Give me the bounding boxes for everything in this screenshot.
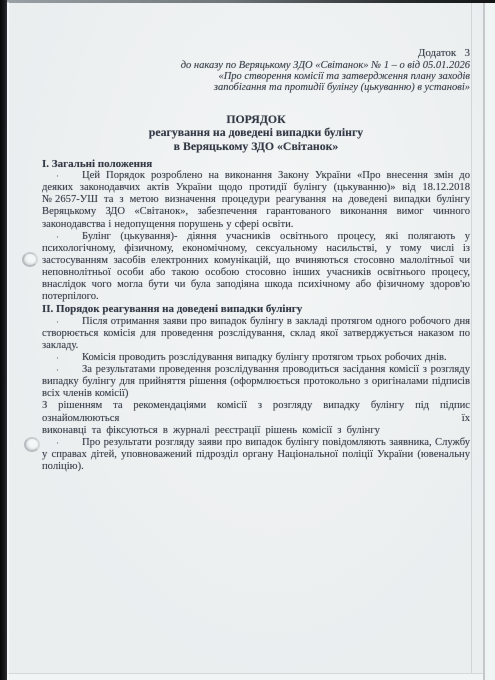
paragraph-text: Цей Порядок розроблено на виконання Зако…: [42, 170, 470, 230]
paragraph-text: Комісія проводить розслідування випадку …: [82, 352, 447, 363]
page-fold-line: [471, 3, 472, 680]
paragraph-text: Про результати розгляду заяви про випадо…: [42, 437, 470, 472]
paragraph-text: Булінг (цькування)- діяння учасників осв…: [42, 231, 470, 303]
annex-header: Додаток 3 до наказу по Веряцькому ЗДО «С…: [42, 47, 470, 94]
page-right-edge: [483, 3, 495, 680]
title-line-3: в Веряцькому ЗДО «Світанок»: [42, 140, 470, 153]
page-bottom-edge: [7, 673, 483, 680]
scan-left-black-edge: [0, 0, 7, 680]
page-left-edge-highlight: [7, 2, 9, 680]
title-line-2: реагування на доведені випадки булінгу: [42, 126, 470, 139]
document-title: ПОРЯДОК реагування на доведені випадки б…: [42, 113, 470, 153]
annex-order-title-line2: запобігання та протидії булінгу (цькуван…: [42, 83, 470, 94]
annex-number: Додаток 3: [42, 47, 470, 59]
decision-line-3: виконавці та фіксуються в журналі реєстр…: [42, 425, 470, 437]
section-2-paragraph-5: · Про результати розгляду заяви про випа…: [42, 437, 470, 473]
paragraph-text: За результатами проведення розслідування…: [42, 364, 470, 399]
section-2-paragraph-3: · За результатами проведення розслідуван…: [42, 364, 470, 400]
document-body: Додаток 3 до наказу по Веряцькому ЗДО «С…: [42, 47, 470, 473]
scanned-page: Додаток 3 до наказу по Веряцькому ЗДО «С…: [0, 0, 495, 680]
section-2-paragraph-4: З рішенням та рекомендаціями комісії з р…: [42, 400, 470, 436]
decision-line-2: ознайомлюються їх: [42, 413, 470, 425]
section-2-heading: ІІ. Порядок реагування на доведені випад…: [42, 303, 470, 315]
scan-top-edge: [7, 0, 495, 3]
decision-line-2-left: ознайомлюються: [42, 413, 119, 425]
section-1-paragraph-1: · Цей Порядок розроблено на виконання За…: [42, 170, 470, 231]
title-line-1: ПОРЯДОК: [42, 113, 470, 126]
hole-punch-bottom: [24, 437, 40, 452]
paragraph-bullet-mark: ·: [56, 437, 59, 449]
decision-line-2-right: їх: [462, 413, 470, 425]
hole-punch-top: [22, 252, 38, 267]
paragraph-bullet-mark: ·: [56, 231, 59, 243]
section-1-paragraph-2: · Булінг (цькування)- діяння учасників о…: [42, 231, 470, 304]
section-2-paragraph-1: · Після отримання заяви про випадок булі…: [42, 316, 470, 352]
paragraph-bullet-mark: ·: [56, 364, 59, 376]
decision-line-1: З рішенням та рекомендаціями комісії з р…: [42, 400, 470, 412]
section-1-heading: І. Загальні положення: [42, 158, 470, 170]
paragraph-text: Після отримання заяви про випадок булінг…: [42, 316, 470, 351]
paragraph-bullet-mark: ·: [56, 316, 59, 328]
paragraph-bullet-mark: ·: [56, 170, 59, 182]
paragraph-bullet-mark: ·: [56, 352, 59, 364]
section-2-paragraph-2: · Комісія проводить розслідування випадк…: [42, 352, 470, 364]
